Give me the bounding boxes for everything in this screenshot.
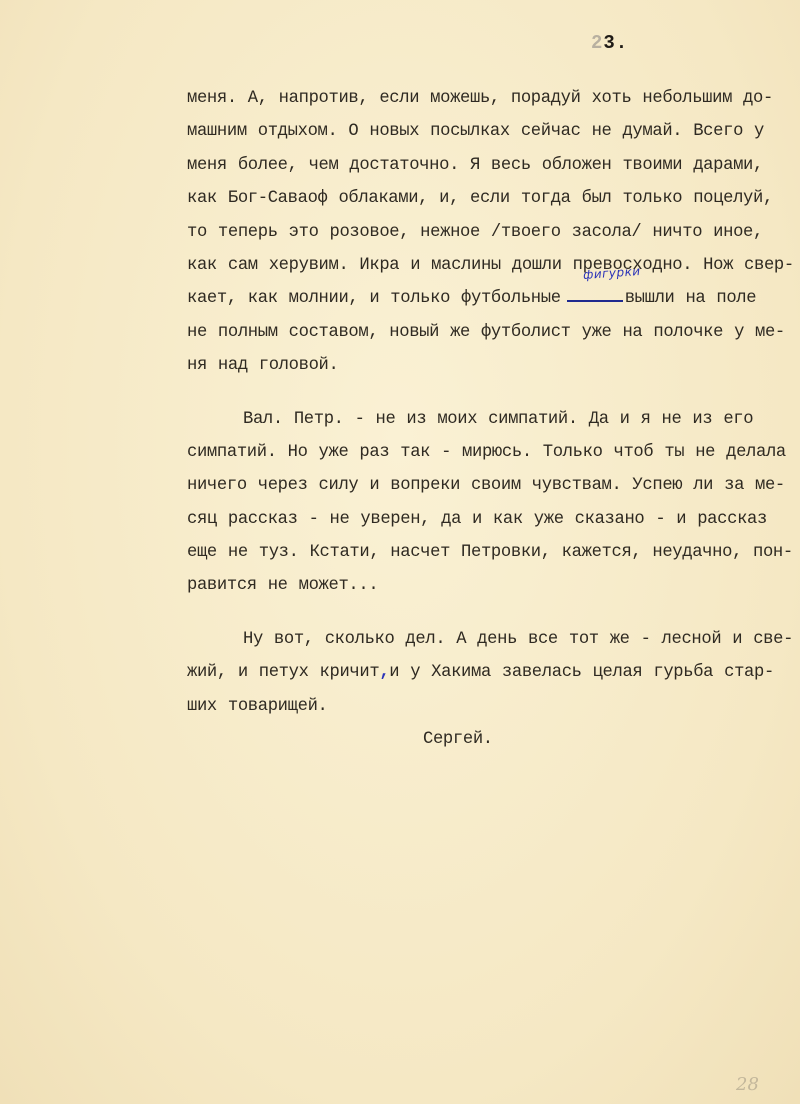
letter-body: меня. А, напротив, если можешь, порадуй …	[187, 82, 797, 756]
text-line: ничего через силу и вопреки своим чувств…	[187, 469, 797, 502]
text-segment: вышли на поле	[625, 289, 757, 308]
page-number-text: 3.	[603, 32, 628, 54]
text-segment: жий, и петух кричит	[187, 663, 379, 682]
text-line: Ну вот, сколько дел. А день все тот же -…	[187, 623, 797, 656]
text-line-with-correction: жий, и петух кричит,и у Хакима завелась …	[187, 656, 797, 689]
text-line: меня. А, напротив, если можешь, порадуй …	[187, 82, 797, 115]
text-line-with-correction: кает, как молнии, и только футбольныевыш…	[187, 282, 797, 315]
insertion-mark	[567, 290, 623, 302]
text-line: сяц рассказ - не уверен, да и как уже ск…	[187, 503, 797, 536]
text-line: машним отдыхом. О новых посылках сейчас …	[187, 115, 797, 148]
text-segment: кает, как молнии, и только футбольные	[187, 289, 561, 308]
text-line: симпатий. Но уже раз так - мирюсь. Тольк…	[187, 436, 797, 469]
text-line: меня более, чем достаточно. Я весь облож…	[187, 149, 797, 182]
text-line: ня над головой.	[187, 349, 797, 382]
page-number: 23.	[591, 32, 628, 54]
page-number-faint-digit: 2	[591, 32, 603, 54]
archive-page-number: 28	[736, 1074, 759, 1095]
text-line: еще не туз. Кстати, насчет Петровки, каж…	[187, 536, 797, 569]
text-line: как сам херувим. Икра и маслины дошли пр…	[187, 249, 797, 282]
signature: Сергей.	[187, 723, 797, 756]
text-line: не полным составом, новый же футболист у…	[187, 316, 797, 349]
text-line: как Бог-Саваоф облаками, и, если тогда б…	[187, 182, 797, 215]
text-line: Вал. Петр. - не из моих симпатий. Да и я…	[187, 403, 797, 436]
text-line: равится не может...	[187, 569, 797, 602]
text-line: то теперь это розовое, нежное /твоего за…	[187, 216, 797, 249]
handwritten-comma: ,	[379, 663, 389, 682]
text-line: ших товарищей.	[187, 690, 797, 723]
text-segment: и у Хакима завелась целая гурьба стар-	[389, 663, 774, 682]
